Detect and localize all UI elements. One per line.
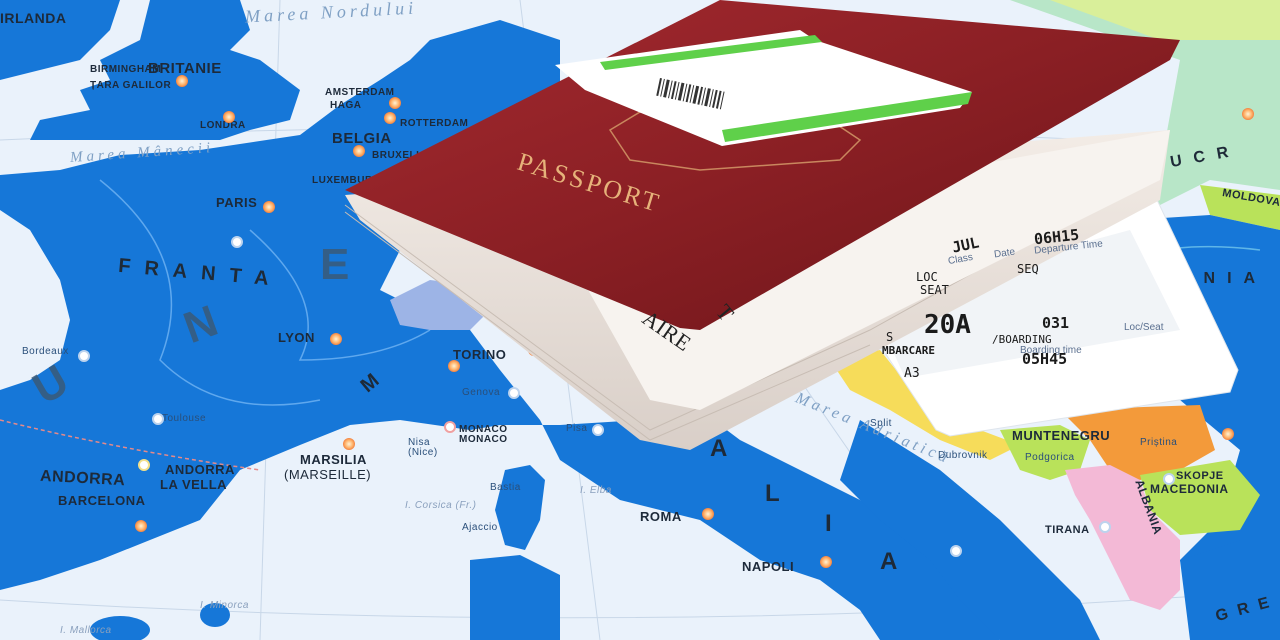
boarding-time: 05H45 — [1022, 350, 1067, 368]
sequence-number: 031 — [1042, 314, 1069, 332]
embark-label: MBARCARE — [882, 344, 935, 357]
loc-label: LOC — [916, 270, 938, 284]
gate: A3 — [904, 366, 920, 381]
passport-and-tickets — [0, 0, 1280, 640]
loc-seat-label: Loc/Seat — [1124, 322, 1163, 333]
s-label: S — [886, 330, 893, 344]
seat-label: SEAT — [920, 283, 949, 297]
seat-number: 20A — [924, 310, 971, 340]
photo-scene: Marea Nordului Marea Mânecii Marea Adria… — [0, 0, 1280, 640]
seq-label: SEQ — [1017, 262, 1039, 276]
